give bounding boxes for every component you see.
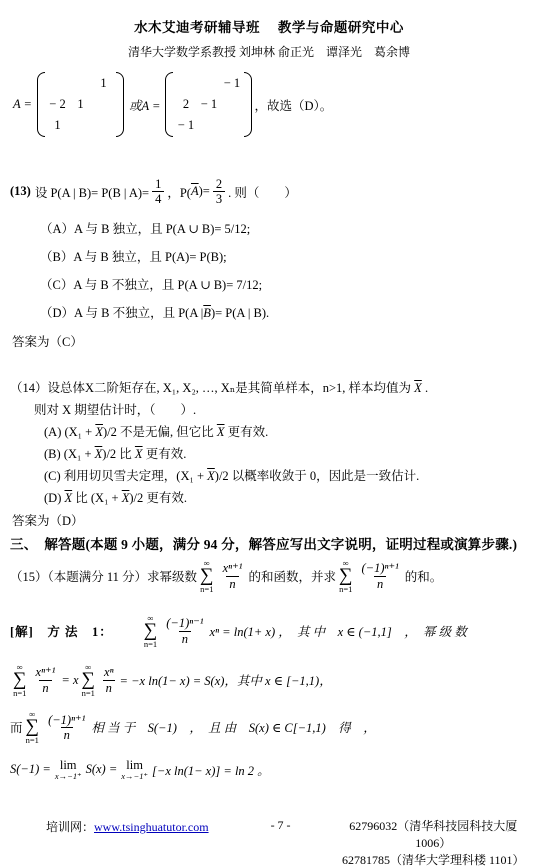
summation: ∞∑n=1 <box>339 559 353 594</box>
page-title: 水木艾迪考研辅导班 教学与命题研究中心 <box>10 16 528 36</box>
section-3-heading: 三、 解答题(本题 9 小题，满分 94 分，解答应写出文字说明，证明过程或演算… <box>10 533 528 553</box>
solution-15-line-2: ∞∑n=1 xⁿ⁺¹n = x ∞∑n=1 xⁿn = −x ln(1− x) … <box>10 663 528 698</box>
footer-phones: 62796032（清华科技园科技大厦 1006） 62781785（清华大学理科… <box>337 818 530 867</box>
solution-method-label: [解] 方 法 1： <box>10 622 113 640</box>
question-13-options: （A）A 与 B 独立，且 P(A ∪ B)= 5/12; （B）A 与 B 独… <box>10 220 528 323</box>
question-14-stem-line-1: （14）设总体X二阶矩存在, X₁, X₂, …, Xₙ是其简单样本，n>1, … <box>10 378 528 398</box>
footer: 培训网：www.tsinghuatutor.com - 7 - 62796032… <box>10 818 530 867</box>
fraction: xⁿn <box>101 665 117 695</box>
question-14: （14）设总体X二阶矩存在, X₁, X₂, …, Xₙ是其简单样本，n>1, … <box>10 378 528 529</box>
summation: ∞∑n=1 <box>144 614 158 649</box>
question-15-stem: （15）（本题满分 11 分）求幂级数 ∞∑n=1 xⁿ⁺¹n 的和函数，并求 … <box>10 559 528 594</box>
document-page: 水木艾迪考研辅导班 教学与命题研究中心 清华大学数学系教授 刘坤林 俞正光 谭泽… <box>0 0 540 867</box>
question-14-answer: 答案为（D） <box>10 511 528 529</box>
fraction: xⁿ⁺¹n <box>33 665 59 695</box>
fraction: (−1)ⁿ⁻¹n <box>163 616 206 646</box>
answer-12-tail: ，故选（D）。 <box>254 96 332 114</box>
summation: ∞∑n=1 <box>82 663 96 698</box>
fraction: (−1)ⁿ⁺¹n <box>359 561 402 591</box>
a-overline: A <box>191 184 199 199</box>
right-paren <box>244 72 252 137</box>
question-13-stem: (13) 设 P(A | B)= P(B | A)= 14 ，P(A)= 23 … <box>10 177 528 207</box>
question-14-stem-line-2: 则对 X 期望估计时，（ ）. <box>10 400 528 420</box>
summation: ∞∑n=1 <box>200 559 214 594</box>
fraction: 14 <box>152 177 164 207</box>
question-13-option-c: （C）A 与 B 不独立，且 P(A ∪ B)= 7/12; <box>10 276 528 295</box>
question-14-option-a: (A) (X₁ + X)/2 不是无偏, 但它比 X 更有效. <box>10 422 528 442</box>
footer-phone-1: 62796032（清华科技园科技大厦 1006） <box>349 819 517 850</box>
footer-phone-2: 62781785（清华大学理科楼 1101） <box>342 853 525 867</box>
left-paren <box>165 72 173 137</box>
question-13-number: (13) <box>10 184 31 199</box>
professors-line: 清华大学数学系教授 刘坤林 俞正光 谭泽光 葛余博 <box>10 43 528 60</box>
matrix-b: − 1 2 − 1 − 1 <box>165 72 252 137</box>
page-number: - 7 - <box>271 818 291 833</box>
left-paren <box>37 72 45 137</box>
answer-12-matrix-line: A = 1 − 2 1 1 或A = − 1 2 <box>10 72 528 137</box>
matrix-a: 1 − 2 1 1 <box>37 72 124 137</box>
question-13-answer: 答案为（C） <box>10 332 528 350</box>
question-13-option-b: （B）A 与 B 独立，且 P(A)= P(B); <box>10 248 528 267</box>
question-14-option-d: (D) X 比 (X₁ + X)/2 更有效. <box>10 488 528 508</box>
right-paren <box>116 72 124 137</box>
summation: ∞∑n=1 <box>13 663 27 698</box>
footer-link[interactable]: www.tsinghuatutor.com <box>94 820 209 834</box>
matrix-or-label: 或A = <box>129 96 160 114</box>
solution-15-line-4: S(−1) = limx→−1⁺ S(x) = limx→−1⁺ [−x ln(… <box>10 759 528 781</box>
footer-site: 培训网：www.tsinghuatutor.com <box>10 818 209 835</box>
fraction: (−1)ⁿ⁺¹n <box>45 713 88 743</box>
question-14-option-b: (B) (X₁ + X)/2 比 X 更有效. <box>10 444 528 464</box>
fraction: xⁿ⁺¹n <box>220 561 246 591</box>
matrix-a-label: A = <box>13 97 32 112</box>
solution-15-line-3: 而 ∞∑n=1 (−1)ⁿ⁺¹n 相 当 于 S(−1) ， 且 由 S(x) … <box>10 710 528 745</box>
summation: ∞∑n=1 <box>26 710 40 745</box>
question-14-option-c: (C) 利用切贝雪夫定理，(X₁ + X)/2 以概率收敛于 0，因此是一致估计… <box>10 466 528 486</box>
solution-15-line-1: [解] 方 法 1： ∞∑n=1 (−1)ⁿ⁻¹n xⁿ = ln(1+ x) … <box>10 614 528 649</box>
question-13-option-d: （D）A 与 B 不独立，且 P(A |B)= P(A | B). <box>10 304 528 323</box>
limit: limx→−1⁺ <box>55 759 82 781</box>
fraction: 23 <box>213 177 225 207</box>
question-13-option-a: （A）A 与 B 独立，且 P(A ∪ B)= 5/12; <box>10 220 528 239</box>
limit: limx→−1⁺ <box>121 759 148 781</box>
